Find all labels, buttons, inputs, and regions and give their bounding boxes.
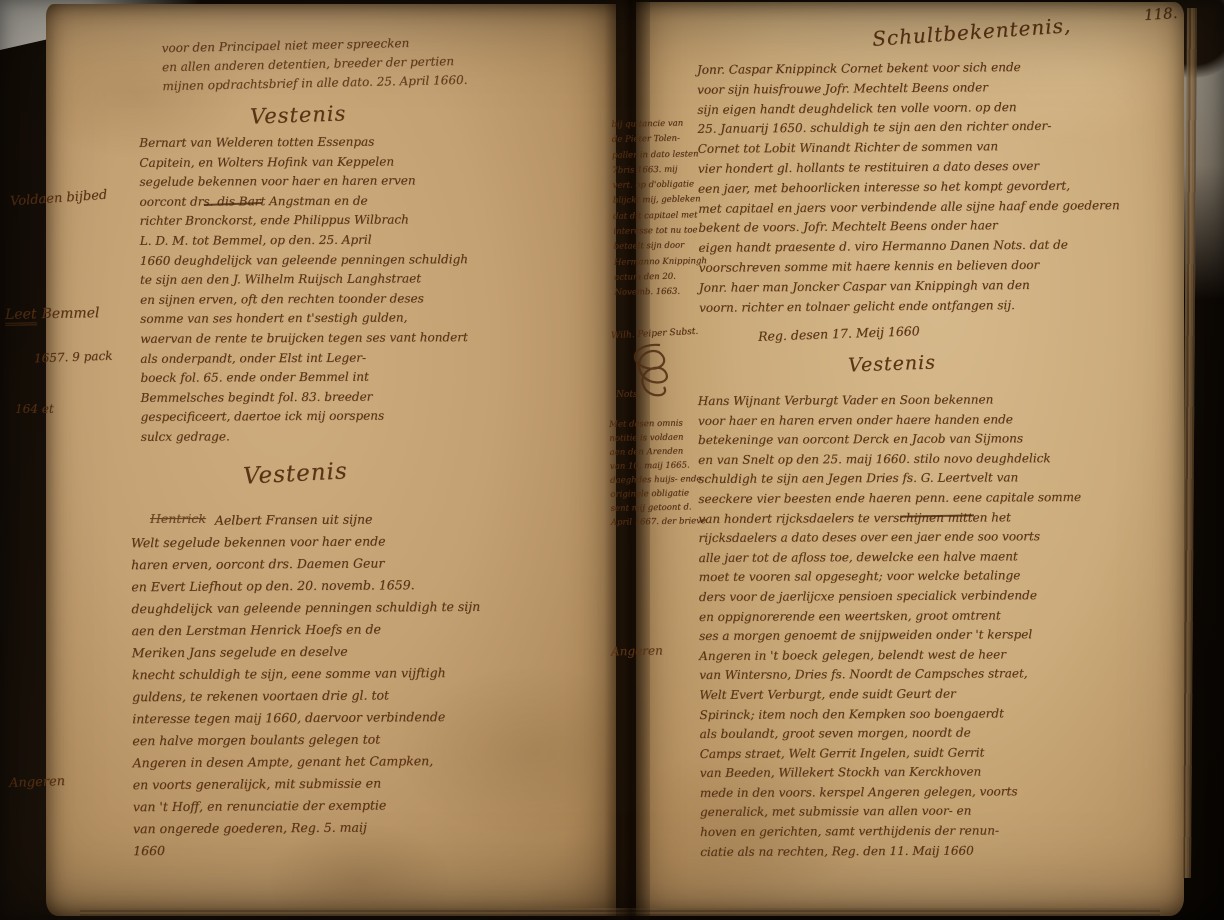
manuscript-line: van Beeden, Willekert Stockh van Kerckho…: [700, 762, 1083, 784]
manuscript-line: 1660: [133, 838, 482, 862]
manuscript-line: van hondert rijcksdaelers te verschijnen…: [698, 508, 1081, 530]
manuscript-line: Hermanno Knippingh: [614, 254, 706, 271]
manuscript-line: alle jaer tot de afloss toe, dewelcke ee…: [699, 547, 1082, 569]
manuscript-line: daeghdes huijs- ende: [610, 472, 706, 488]
manuscript-line: guldens, te rekenen voortaen drie gl. to…: [132, 684, 481, 708]
manuscript-line: seeckere vier beesten ende haeren penn. …: [698, 488, 1081, 510]
manuscript-line: rijcksdaelers a dato deses over een jaer…: [698, 527, 1081, 549]
manuscript-line: Camps straet, Welt Gerrit Ingelen, suidt…: [700, 743, 1083, 765]
left-page-heading-vestenis-1: Vestenis: [250, 101, 347, 128]
left-page-body-2: Aelbert Fransen uit sijneWelt segelude b…: [131, 508, 482, 862]
manuscript-line: en sijnen erven, oft den rechten toonder…: [140, 289, 468, 310]
manuscript-line: Novemb. 1663.: [614, 284, 706, 301]
right-page-body-2: Hans Wijnant Verburgt Vader en Soon beke…: [698, 390, 1083, 862]
manuscript-line: als boulandt, groot seven morgen, noordt…: [700, 723, 1083, 745]
margin-note-angeren-left: Angeren: [9, 774, 66, 791]
manuscript-line: van Wintersno, Dries fs. Noordt de Camps…: [699, 664, 1082, 686]
margin-note-angeren-right: Angeren: [611, 644, 663, 659]
manuscript-line: paller in dato lesten: [612, 147, 704, 164]
manuscript-line: generalick, met submissie van allen voor…: [700, 801, 1083, 823]
manuscript-line: Spirinck; item noch den Kempken soo boen…: [699, 703, 1082, 725]
left-page-heading-vestenis-2: Vestenis: [242, 458, 348, 489]
manuscript-line: gespecificeert, daertoe ick mij oorspens: [141, 406, 469, 427]
manuscript-line: waervan de rente te bruijcken tegen ses …: [140, 328, 468, 349]
manuscript-line: 1660 deughdelijck van geleende penningen…: [140, 250, 468, 271]
manuscript-line: Welt Evert Verburgt, ende suidt Geurt de…: [699, 684, 1082, 706]
manuscript-line: Meriken Jans segelude en deselve: [132, 640, 481, 664]
margin-note-voldaen-1665: Met desen omnisnotitie is voldaenaen den…: [609, 416, 707, 530]
manuscript-line: richter Bronckorst, ende Philippus Wilbr…: [140, 211, 468, 232]
margin-note-quittance: bij quitancie vande Pieter Tolen-paller …: [611, 116, 706, 301]
manuscript-line: somme van ses hondert en t'sestigh gulde…: [140, 308, 468, 329]
manuscript-line: en oppignorerende een weertsken, groot o…: [699, 606, 1082, 628]
margin-note-bemmel-word: Bemmel: [41, 305, 99, 322]
manuscript-line: te sijn aen den J. Wilhelm Ruijsch Langh…: [140, 269, 468, 290]
manuscript-line: interesse tot nu toe: [613, 223, 705, 240]
manuscript-line: Bernart van Welderen totten Essenpas: [139, 132, 467, 153]
manuscript-line: van ongerede goederen, Reg. 5. maij: [133, 816, 482, 840]
manuscript-line: schuldigh te sijn aen Jegen Dries fs. G.…: [698, 468, 1081, 490]
manuscript-line: actum den 20.: [614, 269, 706, 286]
manuscript-line: voorn. richter en tolnaer gelicht ende o…: [699, 295, 1121, 318]
manuscript-line: met capitael en jaers voor verbindende a…: [698, 196, 1120, 219]
manuscript-line: deughdelijck van geleende penningen schu…: [131, 596, 480, 620]
manuscript-line: moet te vooren sal opgeseght; voor welck…: [699, 566, 1082, 588]
left-page-body-1: Bernart van Welderen totten EssenpasCapi…: [139, 132, 469, 447]
manuscript-line: de Pieter Tolen-: [612, 132, 704, 149]
manuscript-line: sulcx gedrage.: [141, 426, 469, 447]
manuscript-line: April 1667. der brieve: [611, 514, 707, 530]
manuscript-photo: 118. voor den Principael niet meer spree…: [0, 0, 1224, 920]
manuscript-line: als onderpandt, onder Elst int Leger-: [140, 348, 468, 369]
right-page-heading-vestenis: Vestenis: [848, 351, 937, 376]
manuscript-line: L. D. M. tot Bemmel, op den. 25. April: [140, 230, 468, 251]
manuscript-line: Welt segelude bekennen voor haer ende: [131, 530, 480, 554]
margin-note-folio: 164 et: [15, 402, 54, 416]
left-page-top-fragment: voor den Principael niet meer spreeckene…: [161, 33, 467, 96]
manuscript-line: van 't Hoff, en renunciatie der exemptie: [133, 794, 482, 818]
margin-note-amount: 1657. 9 pack: [34, 349, 113, 366]
margin-note-bemmel-struck-word: Leet: [5, 306, 37, 326]
manuscript-line: 7bris 1663. mij: [612, 162, 704, 179]
manuscript-line: Hans Wijnant Verburgt Vader en Soon beke…: [698, 390, 1081, 412]
manuscript-line: interesse tegen maij 1660, daervoor verb…: [132, 706, 481, 730]
manuscript-line: Bemmelsches begindt fol. 83. breeder: [141, 387, 469, 408]
manuscript-line: en voorts generalijck, mit submissie en: [133, 772, 482, 796]
manuscript-line: Angeren in 't boeck gelegen, belendt wes…: [699, 645, 1082, 667]
manuscript-line: betekeninge van oorcont Derck en Jacob v…: [698, 429, 1081, 451]
manuscript-line: oorcont drs. dis Bart Angstman en de: [139, 191, 467, 212]
manuscript-line: vert. op d'obligatie: [612, 177, 704, 194]
manuscript-line: dat dit capitael met: [613, 208, 705, 225]
manuscript-line: bij quitancie van: [611, 116, 703, 133]
manuscript-line: een halve morgen boulants gelegen tot: [132, 728, 481, 752]
manuscript-line: eigen handt praesente d. viro Hermanno D…: [698, 235, 1120, 258]
manuscript-line: ses a morgen genoemt de snijpweiden onde…: [699, 625, 1082, 647]
manuscript-line: Aelbert Fransen uit sijne: [131, 508, 480, 532]
manuscript-line: haren erven, oorcont drs. Daemen Geur: [131, 552, 480, 576]
manuscript-line: blijckt mij, gebleken: [613, 193, 705, 210]
margin-note-bemmel: LeetBemmel: [5, 305, 100, 323]
page-number: 118.: [1143, 4, 1178, 24]
manuscript-line: betaelt sijn door: [614, 239, 706, 256]
manuscript-line: en van Snelt op den 25. maij 1660. stilo…: [698, 449, 1081, 471]
manuscript-line: en Evert Liefhout op den. 20. novemb. 16…: [131, 574, 480, 598]
right-page-body-1: Jonr. Caspar Knippinck Cornet bekent voo…: [697, 57, 1121, 318]
manuscript-line: ders voor de jaerlijcxe pensioen special…: [699, 586, 1082, 608]
manuscript-line: mede in den voors. kerspel Angeren geleg…: [700, 782, 1083, 804]
manuscript-line: Angeren in desen Ampte, genant het Campk…: [132, 750, 481, 774]
margin-signature-title: Nots.: [616, 390, 640, 400]
manuscript-line: aen den Lerstman Henrick Hoefs en de: [132, 618, 481, 642]
manuscript-line: ciatie als na rechten, Reg. den 11. Maij…: [700, 841, 1083, 863]
manuscript-line: knecht schuldigh te sijn, eene somme van…: [132, 662, 481, 686]
manuscript-line: segelude bekennen voor haer en haren erv…: [139, 171, 467, 192]
manuscript-line: voor haer en haren erven onder haere han…: [698, 410, 1081, 432]
manuscript-line: boeck fol. 65. ende onder Bemmel int: [140, 367, 468, 388]
manuscript-line: hoven en gerichten, samt verthijdenis de…: [700, 821, 1083, 843]
manuscript-line: Capitein, en Wolters Hofink van Keppelen: [139, 152, 467, 173]
